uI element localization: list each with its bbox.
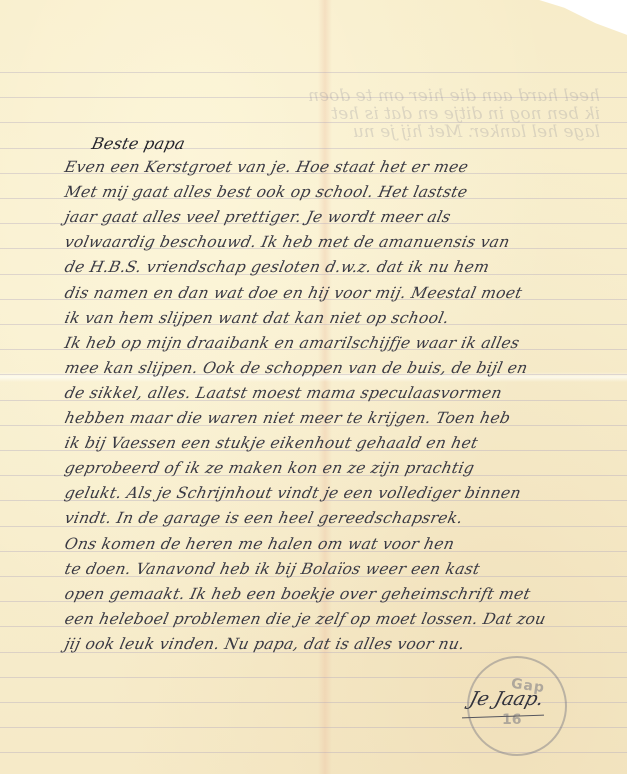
letter-line: ik bij Vaessen een stukje eikenhout geha… [63,434,617,452]
letter-line: ik van hem slijpen want dat kan niet op … [63,309,617,327]
letter-line: een heleboel problemen die je zelf op mo… [63,610,617,628]
letter-line: Even een Kerstgroet van je. Hoe staat he… [63,158,617,176]
salutation: Beste papa [90,134,627,153]
letter-line: mee kan slijpen. Ook de schoppen van de … [63,359,617,377]
letter-line: geprobeerd of ik ze maken kon en ze zijn… [63,459,617,477]
postmark-number: 16 [502,712,521,728]
letter-line: dis namen en dan wat doe en hij voor mij… [63,284,617,302]
signature: Je Jaap. [467,688,546,710]
letter-line: open gemaakt. Ik heb een boekje over geh… [63,585,617,603]
letter-line: te doen. Vanavond heb ik bij Bolaïos wee… [63,560,617,578]
bleed-through-text: ik ben nog in ditje en dat is het [60,104,600,124]
letter-line: volwaardig beschouwd. Ik heb met de aman… [63,233,617,251]
ruled-line [0,72,627,73]
letter-line: Ons komen de heren me halen om wat voor … [63,535,617,553]
letter-line: Ik heb op mijn draaibank en amarilschijf… [63,334,617,352]
letter-line: Met mij gaat alles best ook op school. H… [63,183,617,201]
letter-line: hebben maar die waren niet meer te krijg… [63,409,617,427]
letter-line: de H.B.S. vriendschap gesloten d.w.z. da… [63,258,617,276]
letter-line: gelukt. Als je Schrijnhout vindt je een … [63,484,617,502]
letter-line: de sikkel, alles. Laatst moest mama spec… [63,384,617,402]
letter-line: jij ook leuk vinden. Nu papa, dat is all… [63,635,617,653]
letter-line: vindt. In de garage is een heel gereedsc… [63,509,617,527]
bleed-through-text: heel hard aan die hier om te doen [60,86,600,106]
letter-line: jaar gaat alles veel prettiger. Je wordt… [63,208,617,226]
